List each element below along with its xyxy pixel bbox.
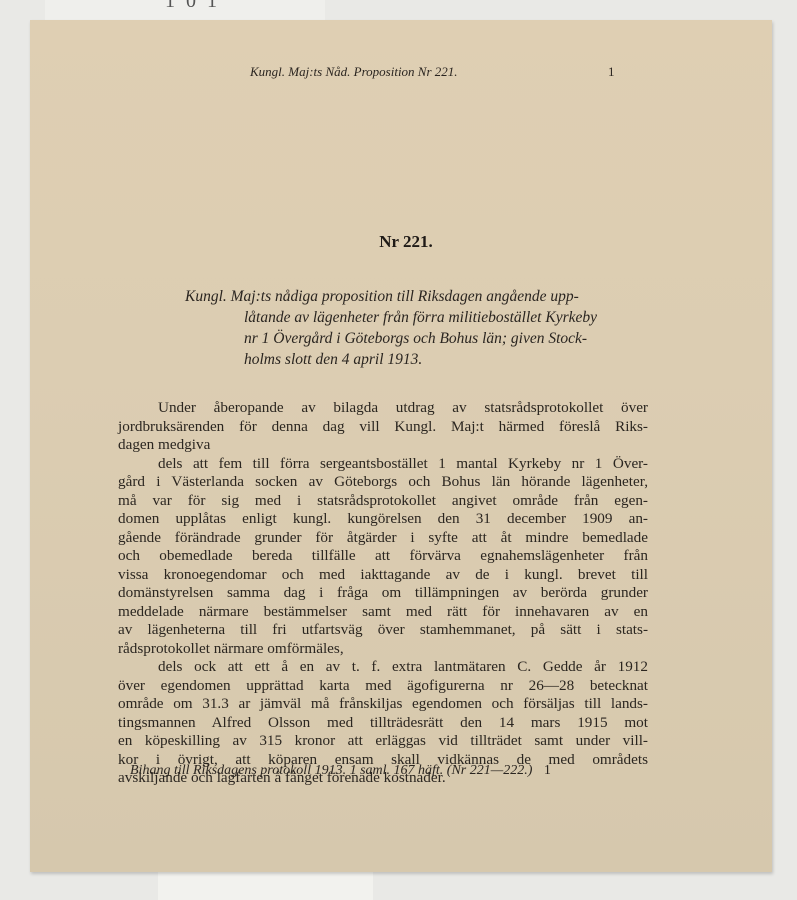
body-line: meddelade närmare bestämmelser samt med … — [118, 603, 648, 622]
proposition-intro: Kungl. Maj:ts nådiga proposition till Ri… — [185, 286, 640, 370]
body-line: må var för sig med i statsrådsprotokolle… — [118, 492, 648, 511]
bottom-support-card — [158, 872, 373, 900]
body-line: dels att fem till förra sergeantsboställ… — [118, 455, 648, 474]
body-line: och obemedlade bereda tillfälle att förv… — [118, 547, 648, 566]
signature-number: 1 — [544, 763, 551, 778]
page-number: 1 — [608, 64, 615, 80]
running-head-title: Kungl. Maj:ts Nåd. Proposition Nr 221. — [250, 64, 458, 80]
body-line: område om 31.3 ar jämväl må frånskiljas … — [118, 695, 648, 714]
intro-line: låtande av lägenheter från förra militie… — [185, 307, 640, 328]
body-line: dagen medgiva — [118, 436, 648, 455]
body-line: jordbruksärenden för denna dag vill Kung… — [118, 418, 648, 437]
background-sheet-text: 1 0 1 — [165, 0, 220, 13]
body-line: en köpeskilling av 315 kronor att erlägg… — [118, 732, 648, 751]
body-line: vissa kronoegendomar och med iakttagande… — [118, 566, 648, 585]
body-line: över egendomen upprättad karta med ägofi… — [118, 677, 648, 696]
body-line: rådsprotokollet närmare omförmäles, — [118, 640, 648, 659]
footer-citation: Bihang till Riksdagens protokoll 1913. 1… — [130, 763, 532, 778]
body-line: av lägenheterna till fri utfartsväg över… — [118, 621, 648, 640]
document-number-heading: Nr 221. — [30, 232, 772, 252]
page-footer: Bihang till Riksdagens protokoll 1913. 1… — [130, 763, 650, 779]
body-line: tingsmannen Alfred Olsson med tillträdes… — [118, 714, 648, 733]
body-text: Under åberopande av bilagda utdrag av st… — [118, 399, 648, 788]
document-page: Kungl. Maj:ts Nåd. Proposition Nr 221. 1… — [30, 20, 772, 872]
intro-line: holms slott den 4 april 1913. — [185, 349, 640, 370]
intro-line: Kungl. Maj:ts nådiga proposition till Ri… — [185, 286, 640, 307]
intro-line: nr 1 Övergård i Göteborgs och Bohus län;… — [185, 328, 640, 349]
body-line: domänstyrelsen samma dag i fråga om till… — [118, 584, 648, 603]
body-line: gående förändrade grunder för åtgärder i… — [118, 529, 648, 548]
body-line: Under åberopande av bilagda utdrag av st… — [118, 399, 648, 418]
body-line: dels ock att ett å en av t. f. extra lan… — [118, 658, 648, 677]
body-line: domen upplåtas enligt kungl. kungörelsen… — [118, 510, 648, 529]
body-line: gård i Västerlanda socken av Göteborgs o… — [118, 473, 648, 492]
